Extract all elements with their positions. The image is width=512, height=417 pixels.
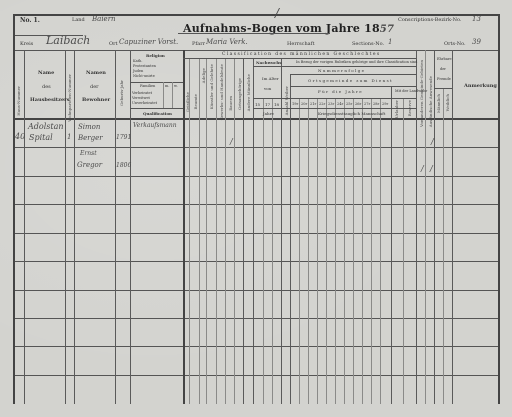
year-col: 27r	[364, 102, 370, 106]
entry-mark: /	[421, 164, 424, 173]
fremde-header: Von anderen Gemeinde-Gebieten	[419, 60, 424, 127]
religion-row: Protestanten	[133, 64, 156, 68]
stand-header: Familien	[140, 84, 155, 88]
pfarr-value: Maria Verk.	[206, 38, 248, 46]
ort-value: Capuziner Vorst.	[119, 38, 178, 46]
rule	[130, 82, 183, 83]
col-rule	[130, 50, 131, 404]
year-col: 24r	[337, 102, 343, 106]
col-rule	[263, 98, 264, 404]
class-col: Beamte	[193, 94, 198, 109]
col-rule	[317, 98, 318, 404]
militaer-label: Kriegsdiensttauglich Mannschaft	[318, 111, 385, 116]
row-rule	[13, 290, 500, 291]
row-rule	[13, 233, 500, 234]
stand-col: w.	[174, 84, 178, 88]
von-label: von	[264, 86, 271, 91]
col-rule	[416, 50, 417, 404]
col-rule	[290, 74, 291, 404]
nummernfolge-header: Nummernfolge	[318, 68, 365, 73]
census-sheet: No. 1. Land Baiern Aufnahms-Bogen vom Ja…	[0, 0, 512, 417]
namen-bew-header-3: Bewohner	[82, 97, 110, 103]
row-rule	[13, 147, 500, 148]
year-col: 28r	[373, 102, 379, 106]
col-rule	[253, 58, 254, 404]
im-alter-label: Im Alter	[262, 76, 279, 81]
name-haus-header-1: Name	[38, 70, 54, 76]
col-rule	[362, 98, 363, 404]
seiten-header: Fremde	[437, 77, 451, 81]
rule	[253, 108, 416, 109]
wohnpartei-header: Wohnparteien-Nummer	[67, 74, 72, 122]
ort-label: Ort	[109, 41, 118, 47]
entry-jahr: 1791	[116, 134, 131, 141]
entry-haus-nummer: 40	[15, 132, 25, 141]
rule	[290, 74, 416, 75]
header-rule	[13, 50, 500, 51]
age-col: 15	[255, 102, 260, 107]
entry-bewohner-1: Simon	[78, 123, 100, 131]
rule	[178, 33, 330, 34]
rule	[434, 88, 452, 89]
top-border	[13, 14, 500, 16]
entry-mark: /	[431, 137, 434, 146]
class-col: Bauern	[228, 96, 233, 111]
seiten-col: Männlich	[436, 94, 441, 113]
col-rule	[403, 98, 404, 404]
jahre-label: Jahre	[263, 111, 274, 116]
year-col: 21r	[310, 102, 316, 106]
col-rule	[434, 50, 435, 404]
col-rule	[353, 98, 354, 404]
col-rule	[391, 86, 392, 404]
rule	[130, 108, 183, 109]
col-rule	[172, 82, 173, 108]
class-col: Künstler und Gelehrte	[209, 64, 214, 109]
row-rule	[13, 261, 500, 262]
stand-row: Unverheiratet	[132, 101, 157, 105]
reserve-note: In Bezug der vorigen Rubriken gehörige u…	[296, 60, 417, 64]
entry-jahr: 1806	[116, 162, 131, 169]
seiten-header: Ehrbare	[437, 57, 452, 61]
col-rule	[199, 58, 200, 404]
class-col: Ortsangehörige	[237, 78, 242, 110]
geburtsjahr-header: Geburts-Jahr	[119, 80, 124, 106]
col-rule	[452, 50, 453, 404]
class-col: Andere Männliche	[246, 74, 251, 111]
fuer-jahre-header: Für die Jahre	[318, 89, 363, 94]
orts-value: 39	[472, 38, 481, 46]
orts-label: Orts-No.	[444, 41, 466, 47]
class-col: Gewerbs- und Handelsleute	[219, 64, 224, 120]
stand-row: Verwitwet	[132, 96, 150, 100]
zu-dienst-col: Urlauber	[394, 100, 399, 118]
col-rule	[115, 50, 116, 404]
aufgerufen-header: Anzahl Weiber	[284, 86, 289, 115]
header-bottom-rule	[13, 118, 500, 120]
row-rule	[13, 204, 500, 205]
section-label: Sections-No.	[352, 41, 384, 47]
rule	[13, 35, 83, 36]
rule	[253, 98, 416, 99]
col-rule	[74, 50, 75, 404]
seiten-header: der	[440, 67, 446, 71]
zu-dienst-col: Reserve	[407, 100, 412, 116]
ortsgemeinde-header: Ortsgemeinde zum Dienst	[308, 78, 393, 83]
year-col: 19r	[292, 102, 298, 106]
conscription-label: Conscriptions-Bezirk-No.	[398, 17, 461, 23]
col-rule	[425, 50, 426, 404]
entry-mark: /	[230, 137, 233, 146]
conscription-value: 13	[472, 15, 481, 23]
check-mark: /	[275, 6, 279, 20]
year-col: 22r	[319, 102, 325, 106]
stand-col: m.	[165, 84, 169, 88]
section-value: 1	[388, 38, 392, 46]
herrschaft-label: Herrschaft	[287, 41, 315, 47]
col-rule	[65, 50, 66, 404]
rule	[253, 66, 416, 67]
col-rule	[371, 98, 372, 404]
col-rule	[380, 98, 381, 404]
year-col: 25r	[346, 102, 352, 106]
stand-row: Verheiratet	[132, 91, 152, 95]
entry-bewohner-2: Berger	[78, 134, 103, 142]
name-haus-header-3: Hausbesitzers	[30, 97, 70, 103]
col-rule	[24, 50, 25, 404]
entry-qualifikation: Verkaufsmann	[133, 122, 177, 129]
col-rule	[216, 58, 217, 404]
col-rule	[243, 58, 244, 404]
kreis-label: Kreis	[20, 41, 33, 47]
qualifikation-header: Qualification	[143, 111, 172, 116]
religion-row: Juden	[133, 69, 143, 73]
col-rule	[308, 98, 309, 404]
row-rule	[13, 176, 500, 177]
namen-bew-header-1: Namen	[86, 70, 106, 76]
form-number: No. 1.	[20, 17, 40, 24]
entry-partei: 1	[67, 133, 71, 141]
entry-hausbesitzer-2: Spital	[29, 133, 53, 142]
row-rule	[13, 375, 500, 376]
col-rule	[326, 98, 327, 404]
col-rule	[443, 88, 444, 404]
col-rule	[225, 58, 226, 404]
land-value: Baiern	[92, 15, 116, 23]
entry-hausbesitzer-1: Adolstan	[28, 122, 64, 131]
year-col: 20r	[301, 102, 307, 106]
right-border	[498, 14, 500, 404]
rule	[183, 58, 416, 59]
namen-bew-header-2: der	[90, 84, 99, 90]
class-col: Geistliche	[185, 92, 190, 112]
year-col: 26r	[355, 102, 361, 106]
col-rule	[234, 58, 235, 404]
name-haus-header-2: des	[42, 84, 51, 90]
entry-bewohner-2: Gregor	[77, 161, 102, 169]
auslaender-header: Ausländische Anwesende	[428, 76, 433, 127]
year-col: 29r	[382, 102, 388, 106]
left-border	[13, 14, 15, 404]
seiten-col: Weiblich	[445, 94, 450, 111]
entry-mark: /	[430, 164, 433, 173]
col-rule	[344, 98, 345, 404]
nachwuchs-header: Nachwuchs	[256, 60, 282, 65]
rule	[290, 86, 416, 87]
row-rule	[13, 318, 500, 319]
age-col: 17	[265, 102, 270, 107]
year-col: 23r	[328, 102, 334, 106]
land-label: Land	[72, 17, 85, 23]
anmerkung-header: Anmerkung	[464, 83, 497, 89]
religion-header: Religion	[146, 53, 165, 58]
religion-row: Nicht-unirte	[133, 74, 155, 78]
haus-nummer-header: Haus-Nummer	[16, 86, 21, 116]
age-col: 18	[274, 102, 279, 107]
col-rule	[206, 58, 207, 404]
entry-bewohner-1: Ernst	[80, 150, 97, 157]
classification-header: Classification des männlichen Geschlecht…	[222, 52, 381, 57]
col-rule	[163, 82, 164, 108]
col-rule	[299, 98, 300, 404]
pfarr-label: Pfarr	[192, 41, 205, 47]
class-col: Adelige	[201, 68, 206, 83]
religion-row: Kath.	[133, 59, 142, 63]
col-rule	[272, 98, 273, 404]
col-rule	[281, 58, 282, 404]
col-rule	[335, 98, 336, 404]
row-rule	[13, 346, 500, 347]
